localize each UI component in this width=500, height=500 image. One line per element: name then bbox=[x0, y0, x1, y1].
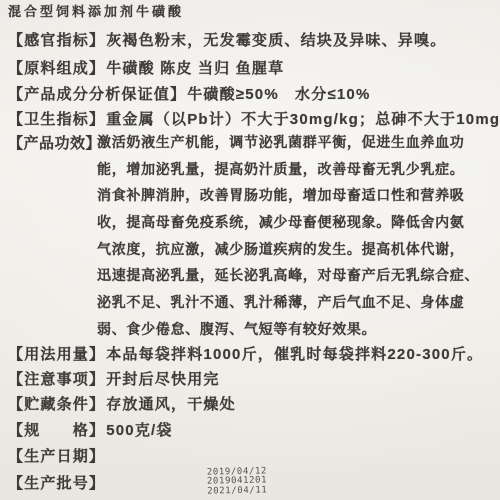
section-label: 【原料组成】 bbox=[8, 60, 105, 77]
product-title: 混合型饲料添加剂牛磺酸 bbox=[8, 1, 184, 20]
section-batch-number: 【生产批号】 bbox=[8, 472, 106, 493]
section-value: 存放通风，干燥处 bbox=[106, 396, 236, 413]
efficacy-line: 激活奶液生产机能，调节泌乳菌群平衡，促进生血养血功 bbox=[97, 132, 497, 159]
section-efficacy-text: 激活奶液生产机能，调节泌乳菌群平衡，促进生血养血功 能，增加泌乳量，提高奶汁质量… bbox=[97, 132, 497, 346]
section-label: 【生产日期】 bbox=[8, 448, 105, 465]
section-sensory: 【感官指标】灰褐色粉末，无发霉变质、结块及异味、异嗅。 bbox=[8, 29, 446, 50]
section-label: 【规 格】 bbox=[8, 422, 105, 439]
section-label: 【感官指标】 bbox=[8, 32, 105, 49]
efficacy-line: 迅速提高泌乳量，延长泌乳高峰，对母畜产后无乳综合症、 bbox=[97, 265, 497, 292]
section-value: 牛磺酸 陈皮 当归 鱼腥草 bbox=[106, 60, 284, 77]
section-usage-dosage: 【用法用量】本品每袋拌料1000斤，催乳时每袋拌料220-300斤。 bbox=[8, 343, 483, 364]
section-analysis-guarantee: 【产品成分分析保证值】牛磺酸≥50% 水分≤10% bbox=[8, 83, 371, 104]
efficacy-line: 能，增加泌乳量，提高奶汁质量，改善母畜无乳少乳症。 bbox=[97, 159, 497, 186]
section-precautions: 【注意事项】开封后尽快用完 bbox=[8, 368, 220, 389]
section-hygiene: 【卫生指标】重金属（以Pb计）不大于30mg/kg；总砷不大于10mg/kg。 bbox=[8, 108, 500, 129]
stamp-line-expiry-date: 2021/04/11 bbox=[207, 486, 267, 497]
section-value: 500克/袋 bbox=[106, 422, 172, 439]
efficacy-line: 消食补脾消肿，改善胃肠功能，增加母畜适口性和营养吸 bbox=[97, 185, 497, 212]
efficacy-line: 泌乳不足、乳汁不通、乳汁稀薄，产后气血不足、身体虚 bbox=[97, 292, 497, 319]
section-production-date: 【生产日期】 bbox=[8, 445, 106, 466]
section-label: 【注意事项】 bbox=[8, 371, 105, 388]
section-value: 灰褐色粉末，无发霉变质、结块及异味、异嗅。 bbox=[106, 32, 446, 49]
section-value: 牛磺酸≥50% 水分≤10% bbox=[187, 86, 370, 103]
efficacy-line: 气浓度，抗应激，减少肠道疾病的发生。提高机体代谢， bbox=[97, 239, 497, 266]
efficacy-line: 弱、食少倦怠、腹泻、气短等有较好效果。 bbox=[97, 319, 497, 346]
section-label: 【用法用量】 bbox=[8, 346, 105, 363]
product-label-photo: 混合型饲料添加剂牛磺酸 【感官指标】灰褐色粉末，无发霉变质、结块及异味、异嗅。 … bbox=[0, 0, 500, 500]
section-label: 【产品成分分析保证值】 bbox=[8, 86, 186, 103]
section-value: 本品每袋拌料1000斤，催乳时每袋拌料220-300斤。 bbox=[106, 346, 483, 363]
efficacy-line: 收，提高母畜免疫系统，减少母畜便秘现象。降低舍内氨 bbox=[97, 212, 497, 239]
section-specification: 【规 格】500克/袋 bbox=[8, 419, 173, 440]
section-value: 重金属（以Pb计）不大于30mg/kg；总砷不大于10mg/kg。 bbox=[106, 111, 500, 128]
section-efficacy-label: 【产品功效】 bbox=[8, 132, 101, 153]
dot-matrix-date-stamp: 2019/04/12 2019041201 2021/04/11 bbox=[207, 467, 268, 496]
section-label: 【贮藏条件】 bbox=[8, 396, 105, 413]
section-storage: 【贮藏条件】存放通风，干燥处 bbox=[8, 393, 236, 414]
section-label: 【卫生指标】 bbox=[8, 111, 105, 128]
section-value: 开封后尽快用完 bbox=[106, 371, 219, 388]
section-label: 【生产批号】 bbox=[8, 475, 105, 492]
section-ingredients: 【原料组成】牛磺酸 陈皮 当归 鱼腥草 bbox=[8, 57, 284, 78]
